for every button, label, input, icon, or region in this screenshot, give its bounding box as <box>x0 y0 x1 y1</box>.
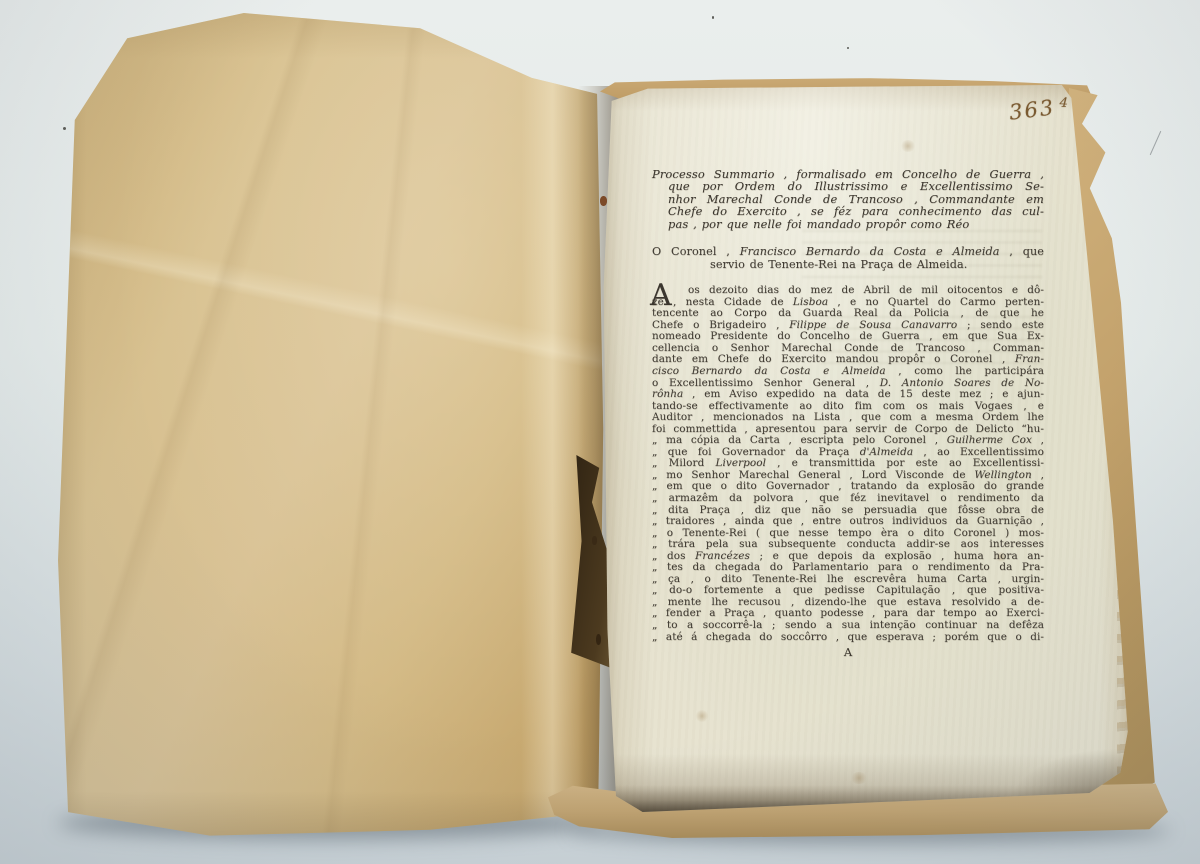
printed-page: 3634 Processo Summario , formalisado em … <box>600 82 1132 812</box>
handwritten-flourish: 4 <box>1059 96 1070 112</box>
foxing-spot <box>850 772 868 784</box>
text-line: pas , por que nelle foi mandado propôr c… <box>652 218 1044 230</box>
photo-backdrop: 3634 Processo Summario , formalisado em … <box>0 0 1200 864</box>
dust-speck <box>712 16 714 19</box>
handwritten-number-value: 363 <box>1008 95 1057 124</box>
document-body: A os dezoito dias do mez de Abril de mil… <box>652 285 1044 643</box>
dust-speck <box>847 47 849 49</box>
cover-edge-shade <box>53 8 611 850</box>
document-subheading: O Coronel , Francisco Bernardo da Costa … <box>652 246 1044 271</box>
left-cover-page <box>53 8 611 850</box>
catchword: A <box>652 645 1044 659</box>
dust-speck <box>63 127 66 130</box>
document-heading: Processo Summario , formalisado em Conce… <box>652 168 1044 230</box>
stitch-dot <box>592 536 597 545</box>
document-text-block: Processo Summario , formalisado em Conce… <box>652 168 1044 659</box>
backdrop-scratch <box>1150 131 1161 155</box>
stitch-dot <box>600 196 607 206</box>
handwritten-number: 3634 <box>1008 93 1072 124</box>
foxing-spot <box>695 710 709 722</box>
drop-cap-initial: A <box>650 281 672 311</box>
text-line: „ até á chegada do soccôrro , que espera… <box>652 632 1044 644</box>
text-line: servio de Tenente-Rei na Praça de Almeid… <box>652 259 1044 272</box>
foxing-spot <box>900 140 916 152</box>
stitch-dot <box>596 634 601 645</box>
